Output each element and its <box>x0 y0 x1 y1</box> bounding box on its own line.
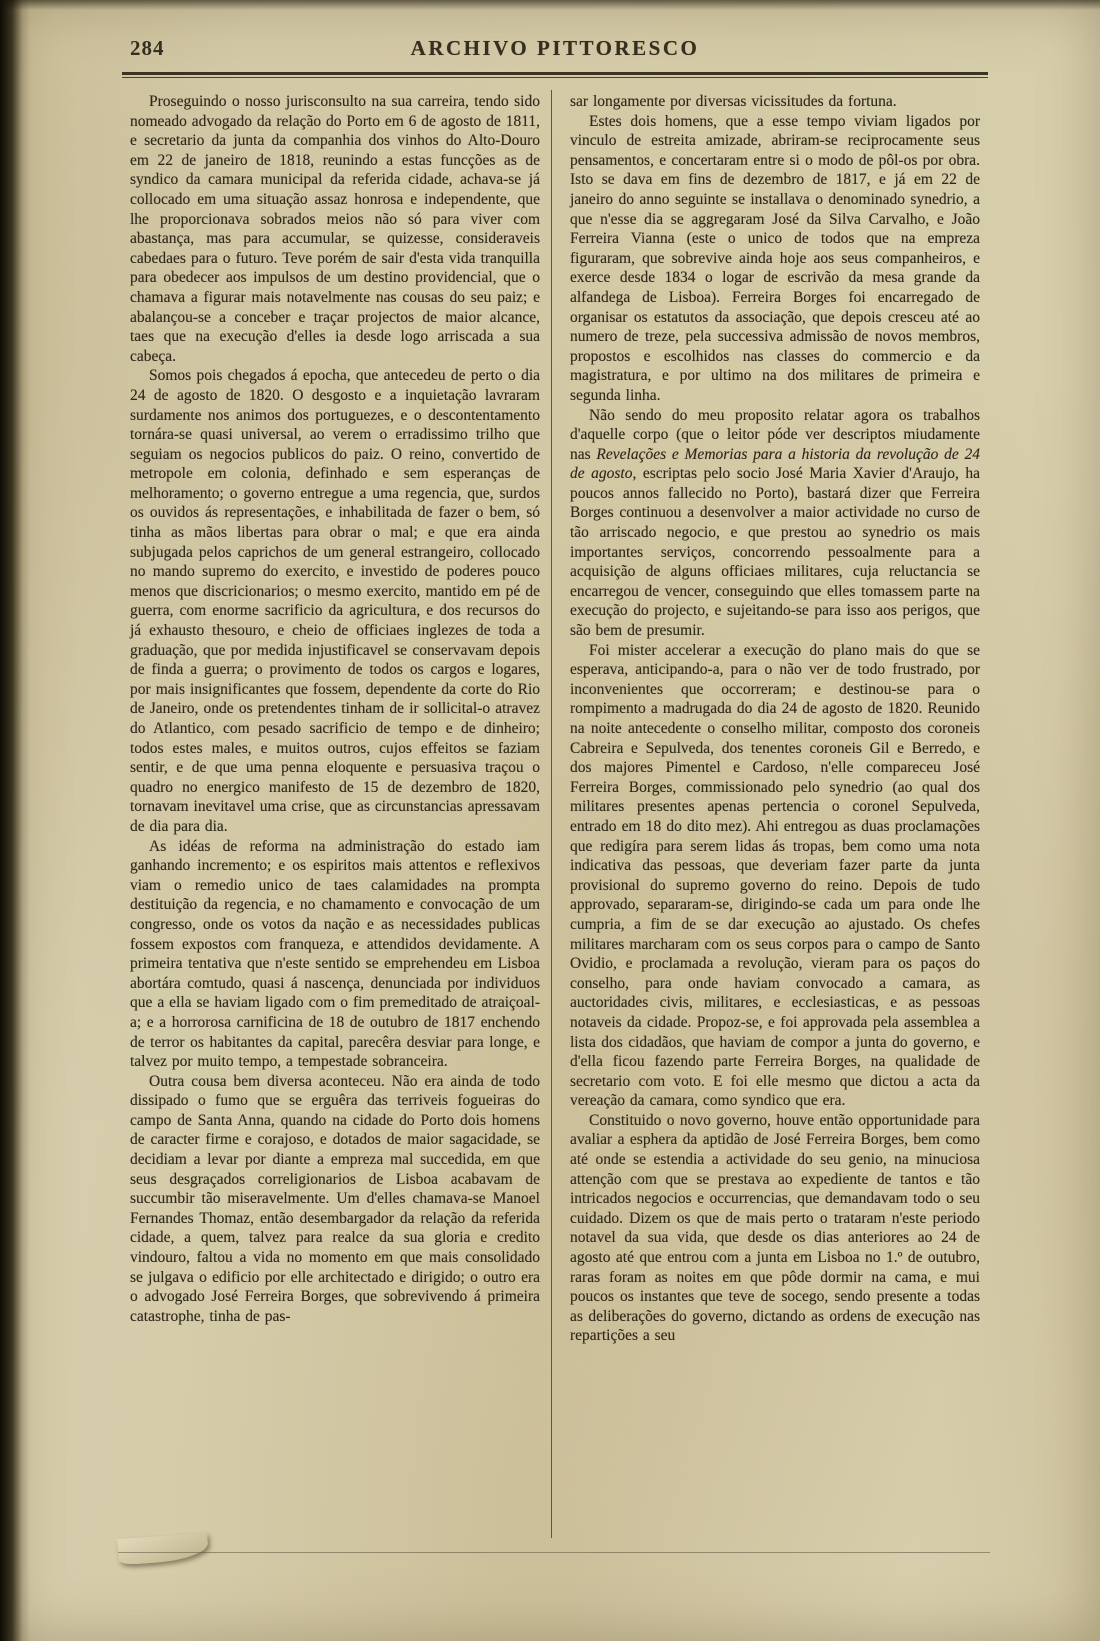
paragraph: sar longamente por diversas vicissitudes… <box>570 92 980 112</box>
header-rule-thick <box>122 72 988 75</box>
header-rule-thin <box>122 77 988 78</box>
book-gutter-shadow <box>0 0 30 1641</box>
text-run: Somos pois chegados á epocha, que antece… <box>130 367 540 835</box>
paragraph: Somos pois chegados á epocha, que antece… <box>130 366 540 836</box>
text-columns: Proseguindo o nosso jurisconsulto na sua… <box>130 92 980 1346</box>
right-column: sar longamente por diversas vicissitudes… <box>570 92 980 1346</box>
text-run: Outra cousa bem diversa aconteceu. Não e… <box>130 1073 540 1325</box>
page-header: 284 ARCHIVO PITTORESCO <box>122 34 988 68</box>
paragraph: As idéas de reforma na administração do … <box>130 837 540 1072</box>
left-column: Proseguindo o nosso jurisconsulto na sua… <box>130 92 540 1346</box>
paragraph: Proseguindo o nosso jurisconsulto na sua… <box>130 92 540 366</box>
text-run: Estes dois homens, que a esse tempo vivi… <box>570 113 980 404</box>
bottom-edge-rule <box>118 1552 990 1553</box>
paragraph: Não sendo do meu proposito relatar agora… <box>570 406 980 641</box>
text-run: Constituido o novo governo, houve então … <box>570 1112 980 1345</box>
paragraph: Estes dois homens, que a esse tempo vivi… <box>570 112 980 406</box>
page-title: ARCHIVO PITTORESCO <box>122 36 988 61</box>
paragraph: Foi mister accelerar a execução do plano… <box>570 641 980 1111</box>
scan-edge-shadow <box>0 0 1100 10</box>
paragraph: Outra cousa bem diversa aconteceu. Não e… <box>130 1072 540 1327</box>
text-run: As idéas de reforma na administração do … <box>130 838 540 1071</box>
text-run: Proseguindo o nosso jurisconsulto na sua… <box>130 93 540 365</box>
header-rule <box>122 72 988 79</box>
paragraph: Constituido o novo governo, houve então … <box>570 1111 980 1346</box>
text-run: Foi mister accelerar a execução do plano… <box>570 642 980 1110</box>
text-run: sar longamente por diversas vicissitudes… <box>570 93 897 110</box>
text-run: , escriptas pelo socio José Maria Xavier… <box>570 465 980 639</box>
